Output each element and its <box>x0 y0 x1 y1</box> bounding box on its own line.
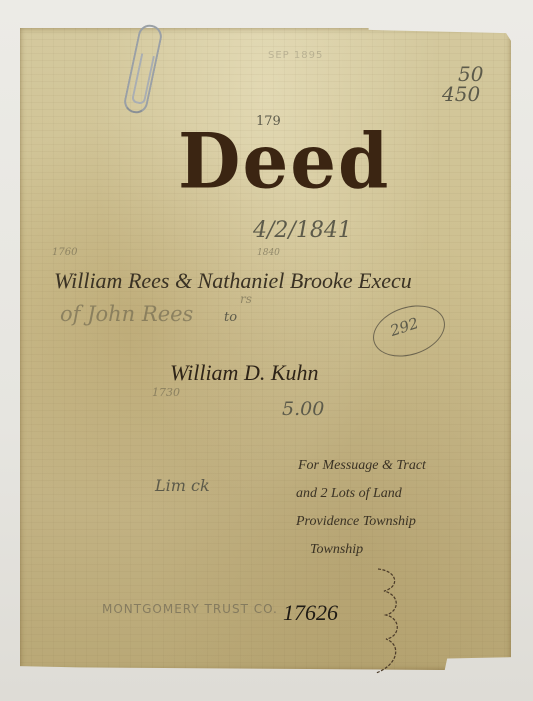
grantee-name: William D. Kuhn <box>170 360 319 386</box>
flourish-mark <box>374 565 404 675</box>
location-line-3: Providence Township <box>296 514 416 530</box>
connector-to: to <box>224 310 237 325</box>
margin-note-1760: 1760 <box>52 247 77 258</box>
grantors-line-2: of John Rees <box>60 302 193 326</box>
date-annotation: 1840 <box>257 248 280 258</box>
margin-note-1730: 1730 <box>152 386 180 399</box>
top-right-number-2: 450 <box>442 82 480 106</box>
grantors-line: William Rees & Nathaniel Brooke Execu <box>54 268 412 294</box>
superscript-rs: rs <box>240 292 252 306</box>
location-line-1: For Messuage & Tract <box>298 458 426 474</box>
faint-top-stamp: SEP 1895 <box>268 50 323 61</box>
trust-company-stamp: MONTGOMERY TRUST CO. <box>102 602 278 616</box>
deed-date: 4/2/1841 <box>253 218 352 243</box>
amount: 5.00 <box>282 398 324 420</box>
location-line-2: and 2 Lots of Land <box>296 486 402 502</box>
deed-title: Deed <box>178 116 390 205</box>
catalog-number: 17626 <box>283 600 338 626</box>
recorded-note: Lim ck <box>155 476 210 495</box>
location-line-4: Township <box>310 542 363 558</box>
